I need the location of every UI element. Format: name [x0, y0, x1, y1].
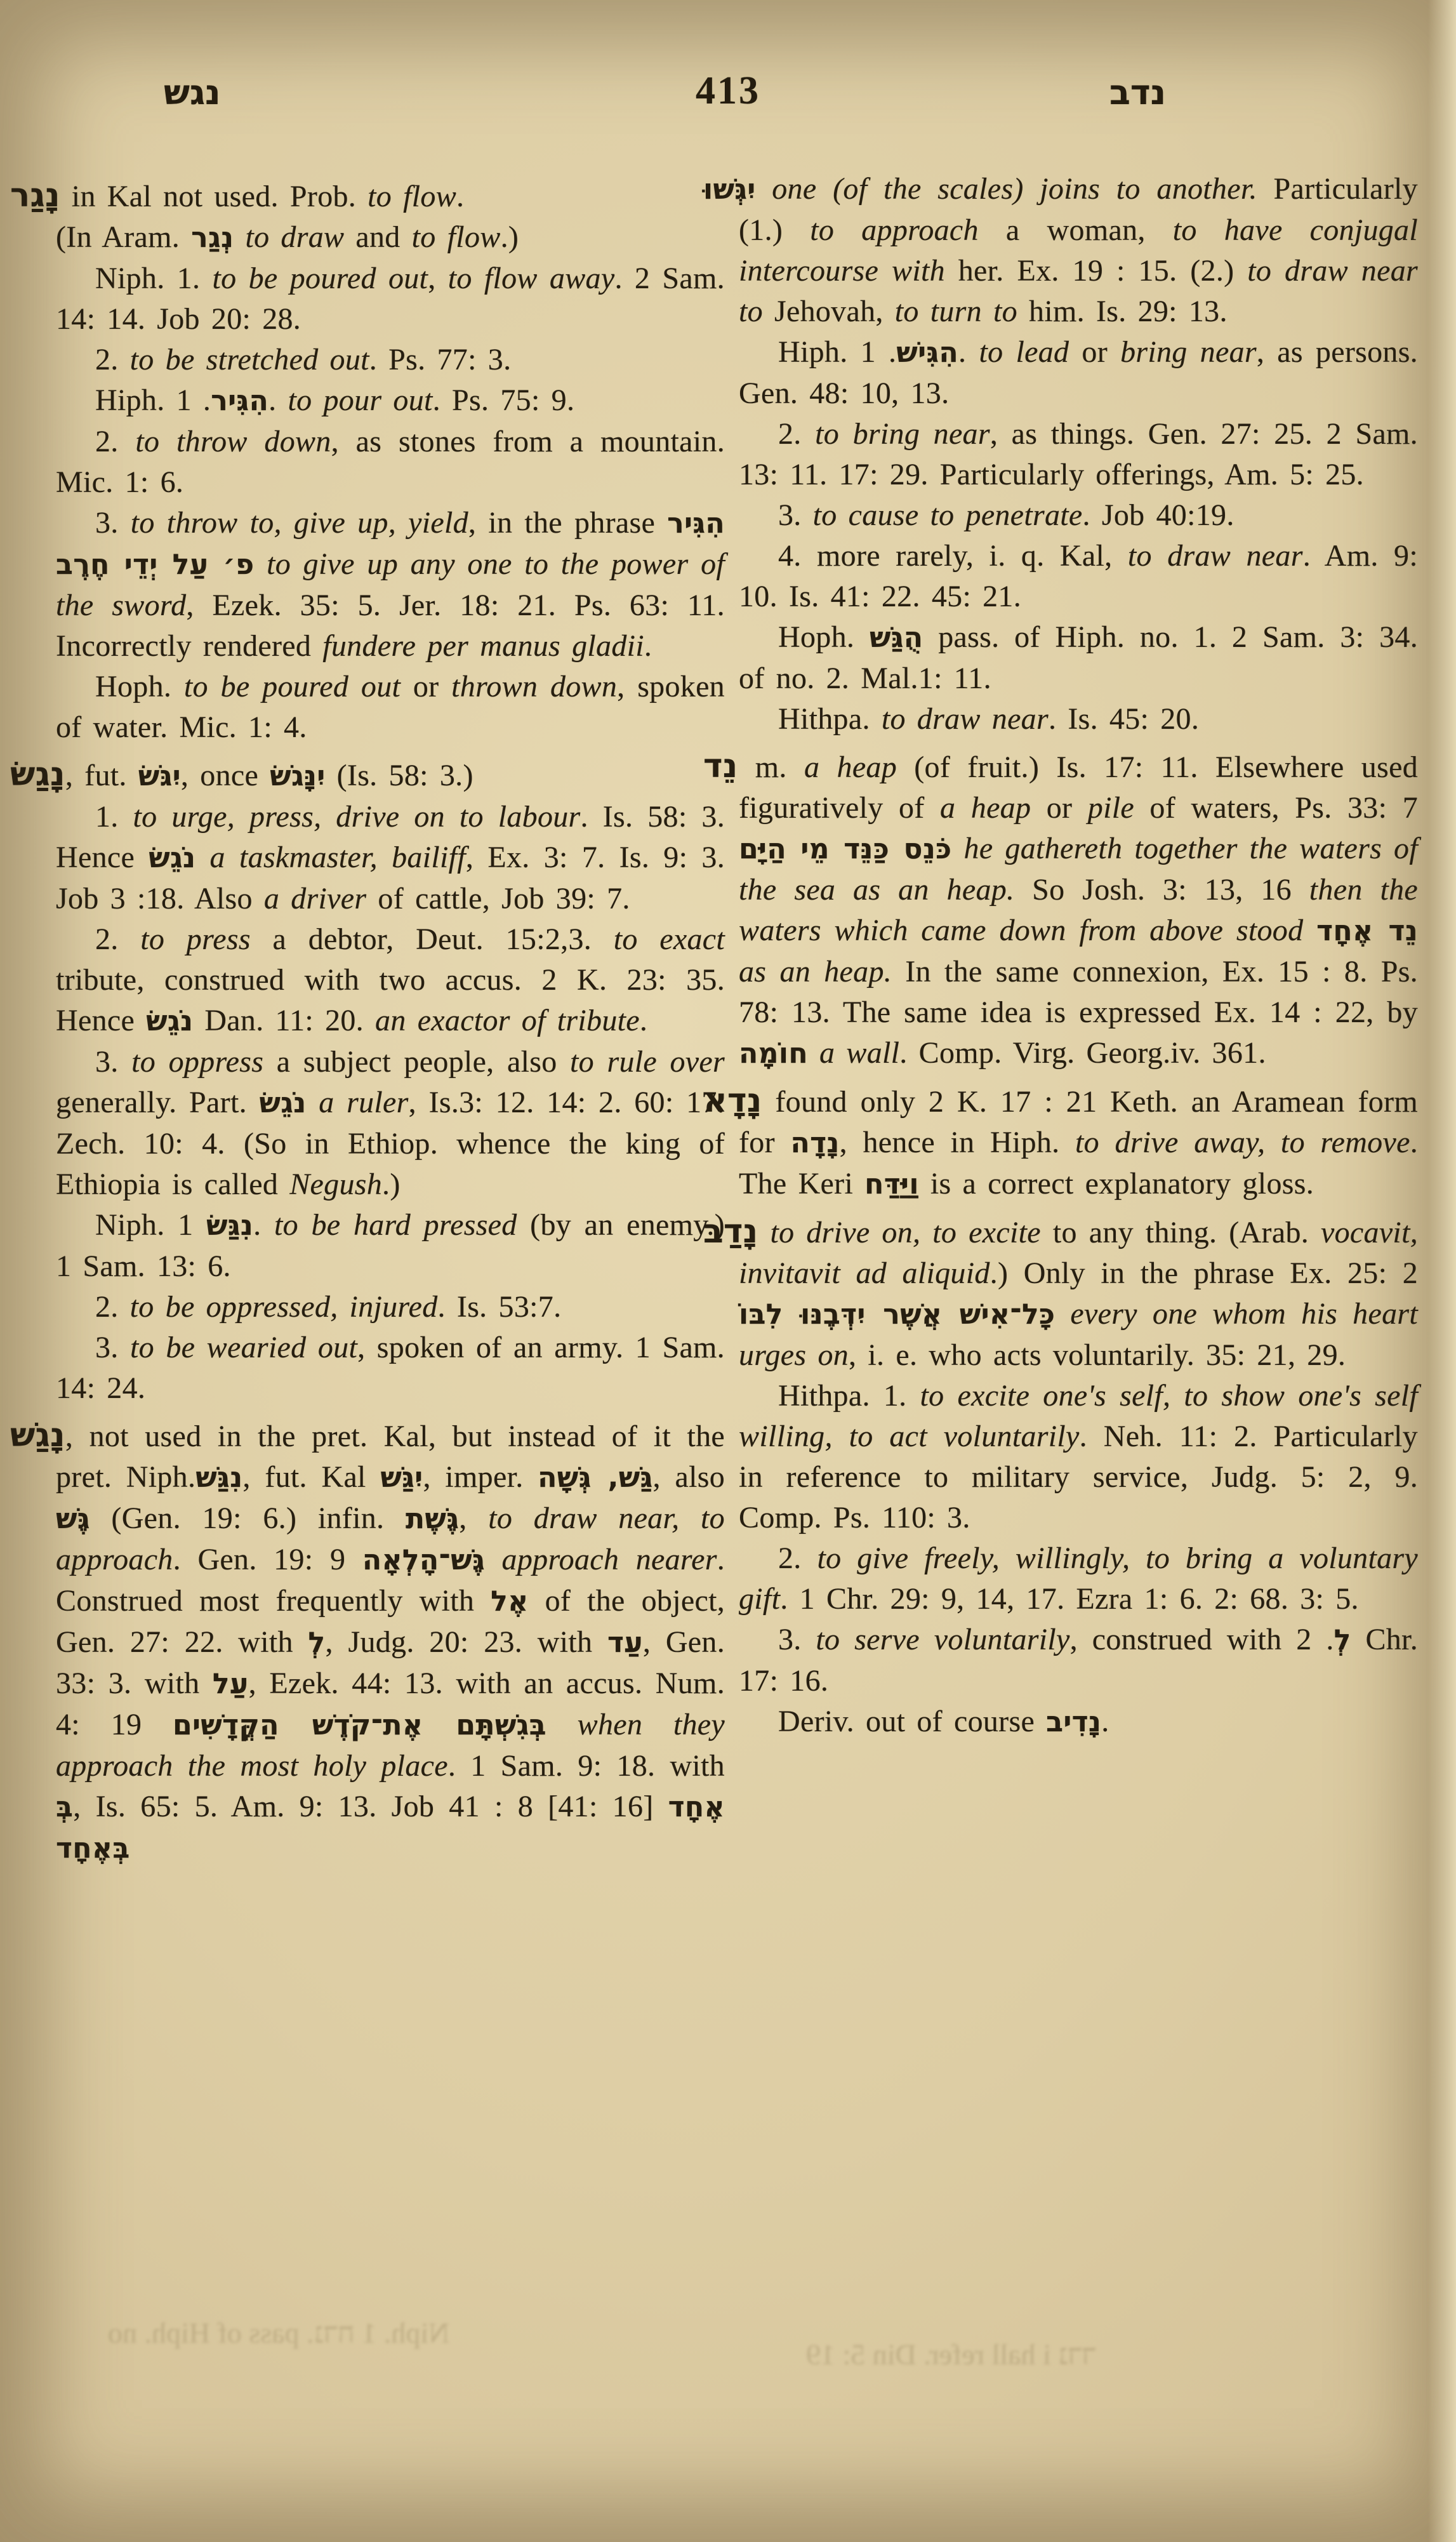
italic-gloss: to be poured out — [213, 262, 428, 295]
roman-text — [1055, 1297, 1070, 1331]
roman-text: So Josh. 3: 13, 16 — [1014, 873, 1309, 907]
italic-gloss: to pour out — [288, 383, 432, 417]
roman-text: . 1 Sam. 9: 18. with — [448, 1749, 725, 1783]
roman-text: . Comp. Virg. Georg.iv. 361. — [899, 1036, 1266, 1070]
hebrew-text: חוֹמָה — [739, 1037, 808, 1070]
roman-text: (Is. 58: 3.) — [326, 759, 473, 792]
roman-text: Niph. — [95, 1208, 178, 1242]
left-catchword: נגש — [164, 72, 221, 112]
roman-text: 1. — [95, 800, 133, 834]
roman-text: . Ps. 77: 3. — [369, 343, 512, 376]
italic-gloss: thrown down — [451, 670, 617, 703]
italic-gloss: to exact — [614, 922, 725, 956]
hebrew-headword: נָגַשׂ — [10, 755, 65, 794]
entry-paragraph: נָגַר in Kal not used. Prob. to flow. — [56, 175, 725, 217]
roman-text: .) Only in the phrase Ex. 25: 2 — [990, 1256, 1418, 1290]
roman-text: Hoph. — [778, 620, 870, 654]
italic-gloss: to be poured out — [184, 670, 400, 703]
roman-text: 3. — [95, 1045, 131, 1079]
italic-gloss: a driver — [264, 882, 366, 915]
entry-paragraph: נָגַשׂ, fut. יִגֹּשׂ, once יִנָּגֹשׂ (Is… — [56, 754, 725, 797]
roman-text: . — [456, 180, 464, 213]
roman-text: of waters, Ps. 33: 7 — [1134, 791, 1418, 825]
roman-text: 2. — [95, 1290, 130, 1324]
hebrew-text: אֶל — [491, 1585, 528, 1618]
roman-text: a woman, — [979, 213, 1173, 247]
roman-text: in Kal not used. Prob. — [60, 180, 367, 213]
roman-text: . Is. 53:7. — [438, 1290, 562, 1324]
sense-paragraph: 3. to be wearied out, spoken of an army.… — [56, 1328, 725, 1409]
roman-text — [485, 1543, 502, 1576]
hebrew-text: נְגַר — [191, 222, 234, 254]
hebrew-text: יִנָּגֹשׂ — [270, 760, 325, 792]
roman-text: , — [459, 1501, 488, 1535]
roman-text: , — [428, 262, 448, 295]
italic-gloss: a heap — [940, 791, 1031, 825]
roman-text: and — [344, 220, 411, 254]
roman-text: , also — [653, 1460, 725, 1494]
hebrew-text: הִגִּיר — [211, 385, 268, 417]
roman-text: or — [400, 670, 451, 703]
hebrew-text: גֶּשׁ — [56, 1503, 90, 1535]
roman-text: 2. — [778, 417, 815, 451]
roman-text: is a correct explanatory gloss. — [919, 1167, 1314, 1201]
roman-text: him. Is. 29: 13. — [1017, 295, 1228, 328]
italic-gloss: to lead — [979, 335, 1069, 369]
roman-text: or — [1069, 335, 1120, 369]
italic-gloss: to press — [140, 922, 251, 956]
hebrew-text: נָדִיב — [1046, 1706, 1101, 1738]
roman-text: 2. — [778, 1541, 817, 1575]
hebrew-text: נִגַּשׁ — [195, 1461, 242, 1494]
roman-text: Hithpa. — [778, 702, 882, 736]
roman-text: Dan. 11: 20. — [193, 1004, 375, 1037]
roman-text: , in the phrase — [468, 506, 667, 540]
roman-text: 2. — [95, 343, 130, 376]
sense-paragraph: 2. to throw down, as stones from a mount… — [56, 422, 725, 503]
roman-text — [756, 172, 772, 206]
hebrew-text: כָּל־אִישׁ אֲשֶׁר יִדְּבֶנּוּ לִבּוֹ — [739, 1298, 1055, 1331]
sense-paragraph: Hiph. הִגִּישׁ. 1. to lead or bring near… — [739, 332, 1418, 414]
italic-gloss: to rule over — [570, 1045, 725, 1079]
roman-text: Deriv. out of course — [778, 1705, 1046, 1738]
italic-gloss: a taskmaster, bailiff — [210, 841, 466, 874]
hebrew-text: נֹגֵשׂ — [149, 842, 195, 874]
hebrew-text: בְּ — [56, 1791, 73, 1823]
hebrew-text: לְ — [1334, 1624, 1351, 1656]
sense-paragraph: Hiph. הִגִּיר. 1. to pour out. Ps. 75: 9… — [56, 380, 725, 422]
hebrew-text: נִגַּשׂ — [206, 1209, 253, 1242]
sense-paragraph: 3. to cause to penetrate. Job 40:19. — [739, 495, 1418, 536]
italic-gloss: fundere per manus gladii — [322, 629, 644, 663]
hebrew-text: נָדָה — [790, 1127, 839, 1159]
sense-paragraph: 2. to be stretched out. Ps. 77: 3. — [56, 340, 725, 380]
italic-gloss: one (of the scales) joins to another. — [772, 172, 1257, 206]
sense-paragraph: Niph. נִגַּשׂ 1. to be hard pressed (by … — [56, 1205, 725, 1287]
hebrew-text: הֻגַּשׁ — [870, 622, 923, 654]
hebrew-text: גֶּשֶׁת — [406, 1503, 459, 1535]
roman-text: a debtor, Deut. 15:2,3. — [251, 922, 614, 956]
showthrough-text-left: Niph. נדח 1. pass of Hiph. no — [108, 2316, 449, 2350]
page-edge-highlight — [1428, 0, 1456, 2542]
hebrew-text: נֵד אֶחָד — [1316, 915, 1418, 947]
hebrew-text: יִגְּשׁוּ — [703, 173, 756, 206]
roman-text: 2. — [95, 922, 140, 956]
roman-text: Jehovah, — [763, 295, 895, 328]
italic-gloss: to draw — [245, 220, 344, 254]
hebrew-text: גֶּשׁ־הָלְאָה — [362, 1544, 485, 1576]
italic-gloss: to be hard pressed — [274, 1208, 517, 1242]
roman-text: , construed with — [1070, 1623, 1297, 1656]
hebrew-headword: נָגַשׁ — [10, 1416, 65, 1454]
hebrew-text: עַל — [213, 1668, 249, 1700]
italic-gloss: as an heap. — [739, 955, 892, 988]
roman-text: . Is. 45: 20. — [1049, 702, 1199, 736]
hebrew-text: עַד — [607, 1627, 643, 1659]
roman-text: 3. — [778, 1623, 816, 1656]
italic-gloss: to throw down — [135, 425, 331, 458]
italic-gloss: to be wearied out — [130, 1331, 357, 1364]
italic-gloss: to oppress — [131, 1045, 263, 1079]
roman-text: or — [1031, 791, 1088, 825]
italic-gloss: a wall — [819, 1036, 899, 1070]
hebrew-headword: נָדַב — [703, 1213, 758, 1251]
entry-paragraph: נָדָא found only 2 K. 17 : 21 Keth. an A… — [739, 1081, 1418, 1205]
italic-gloss: to flow — [412, 220, 501, 254]
italic-gloss: to flow away — [448, 262, 615, 295]
hebrew-headword: נָדָא — [703, 1082, 762, 1120]
roman-text — [808, 1036, 819, 1070]
italic-gloss: to throw to, give up, yield — [131, 506, 468, 540]
scanned-lexicon-page: נגש 413 נדב נָגַר in Kal not used. Prob.… — [0, 0, 1456, 2542]
sense-paragraph: Niph. 1. to be poured out, to flow away.… — [56, 258, 725, 340]
roman-text — [195, 841, 209, 874]
hebrew-text: כֹּנֵס כַּנֵּד מֵי הַיָּם — [739, 833, 952, 865]
hebrew-text: בְּגִשְׁתָּם אֶת־קֹדֶשׁ הַקֳּדָשִׁים — [173, 1709, 546, 1741]
roman-text: m. — [738, 750, 804, 784]
hebrew-text: נֹגֵשׂ — [146, 1005, 193, 1037]
roman-text: (In Aram. — [56, 220, 191, 254]
italic-gloss: to urge, press, drive on to labour — [133, 800, 581, 834]
column-right: יִגְּשׁוּ one (of the scales) joins to a… — [739, 169, 1418, 1743]
italic-gloss: to bring near — [815, 417, 990, 451]
italic-gloss: to drive on, to excite — [770, 1216, 1040, 1249]
hebrew-text: לְ — [308, 1627, 325, 1659]
roman-text — [254, 547, 267, 581]
sense-paragraph: 2. to be oppressed, injured. Is. 53:7. — [56, 1287, 725, 1328]
roman-text: Hiph. — [95, 383, 176, 417]
roman-text: , hence in Hiph. — [840, 1126, 1075, 1159]
entry-paragraph: נָגַשׁ, not used in the pret. Kal, but i… — [56, 1415, 725, 1869]
roman-text — [952, 832, 964, 865]
roman-text — [234, 220, 245, 254]
roman-text: Niph. 1. — [95, 262, 213, 295]
roman-text — [1303, 914, 1316, 947]
roman-text: . Gen. 19: 9 — [173, 1543, 362, 1576]
roman-text: 4. more rarely, i. q. Kal, — [778, 539, 1128, 573]
sense-paragraph: 2. to bring near, as things. Gen. 27: 25… — [739, 414, 1418, 495]
italic-gloss: Negush — [289, 1168, 382, 1201]
italic-gloss: to approach — [810, 213, 979, 247]
running-header: נגש 413 נדב — [0, 69, 1456, 126]
hebrew-headword: נָגַר — [10, 176, 60, 215]
roman-text: , fut. Kal — [242, 1460, 380, 1494]
roman-text: . Ps. 75: 9. — [433, 383, 575, 417]
right-catchword: נדב — [1109, 72, 1166, 112]
italic-gloss: to cause to penetrate — [813, 498, 1083, 532]
page-number: 413 — [696, 69, 760, 114]
roman-text: a subject people, also — [263, 1045, 570, 1079]
roman-text: 3. — [95, 506, 131, 540]
hebrew-text: גַּשׁ, גְּשָׁה — [538, 1461, 652, 1494]
roman-text: . Job 40:19. — [1082, 498, 1234, 532]
italic-gloss: to serve voluntarily — [816, 1623, 1069, 1656]
roman-text: , once — [181, 759, 270, 792]
roman-text — [307, 1086, 319, 1119]
roman-text: to any thing. (Arab. — [1041, 1216, 1321, 1249]
italic-gloss: a heap — [804, 750, 897, 784]
hebrew-text: יִגַּשׁ — [380, 1461, 423, 1494]
sense-paragraph: Hoph. הֻגַּשׁ pass. of Hiph. no. 1. 2 Sa… — [739, 617, 1418, 699]
roman-text: , i. e. who acts voluntarily. 35: 21, 29… — [849, 1338, 1346, 1372]
roman-text: Hiph. — [778, 335, 861, 369]
sense-paragraph: Hithpa. 1. to excite one's self, to show… — [739, 1376, 1418, 1538]
showthrough-text-right: נדד i hall refer. Din 5: 19 — [806, 2338, 1096, 2371]
roman-text: her. Ex. 19 : 15. (2.) — [945, 254, 1247, 288]
sense-paragraph: Hithpa. to draw near. Is. 45: 20. — [739, 699, 1418, 740]
roman-text: , Judg. 20: 23. with — [326, 1625, 607, 1659]
roman-text: 2. — [95, 425, 135, 458]
sense-paragraph: 3. to throw to, give up, yield, in the p… — [56, 503, 725, 667]
sense-paragraph: Deriv. out of course נָדִיב. — [739, 1701, 1418, 1743]
hebrew-headword: נֵד — [703, 747, 738, 785]
hebrew-text: הִגִּישׁ — [896, 336, 958, 369]
italic-gloss: pile — [1088, 791, 1134, 825]
sense-paragraph: 2. to press a debtor, Deut. 15:2,3. to e… — [56, 919, 725, 1042]
sense-paragraph: 4. more rarely, i. q. Kal, to draw near.… — [739, 536, 1418, 617]
hebrew-text: נֹגֵשׂ — [260, 1087, 307, 1119]
roman-text: , fut. — [65, 759, 138, 792]
italic-gloss: bring near — [1120, 335, 1257, 369]
sense-paragraph: 1. to urge, press, drive on to labour. I… — [56, 797, 725, 919]
italic-gloss: to be oppressed, injured — [130, 1290, 438, 1324]
entry-paragraph: נָדַב to drive on, to excite to any thin… — [739, 1211, 1418, 1376]
italic-gloss: approach nearer — [502, 1543, 717, 1576]
roman-text: 3. — [778, 498, 813, 532]
italic-gloss: to turn to — [895, 295, 1017, 328]
sense-paragraph: 3. to serve voluntarily, construed with … — [739, 1620, 1418, 1701]
roman-text — [546, 1708, 578, 1741]
hebrew-text: יִגֹּשׂ — [138, 760, 181, 792]
roman-text: of cattle, Job 39: 7. — [366, 882, 630, 915]
roman-text: . — [644, 629, 652, 663]
sense-paragraph: Hoph. to be poured out or thrown down, s… — [56, 667, 725, 748]
roman-text: , Is. 65: 5. Am. 9: 13. Job 41 : 8 [41: … — [73, 1790, 668, 1823]
entry-paragraph: נֵד m. a heap (of fruit.) Is. 17: 11. El… — [739, 746, 1418, 1074]
roman-text: Hithpa. 1. — [778, 1379, 920, 1413]
sense-paragraph: 2. to give freely, willingly, to bring a… — [739, 1538, 1418, 1620]
italic-gloss: to drive away, to remove — [1075, 1126, 1410, 1159]
roman-text: .) — [501, 220, 519, 254]
paragraph: (In Aram. נְגַר to draw and to flow.) — [56, 217, 725, 258]
roman-text: .) — [382, 1168, 400, 1201]
roman-text: . 1 Chr. 29: 9, 14, 17. Ezra 1: 6. 2: 68… — [780, 1582, 1359, 1616]
italic-gloss: to flow — [367, 180, 456, 213]
roman-text: , imper. — [423, 1460, 538, 1494]
italic-gloss: to be stretched out — [130, 343, 369, 376]
roman-text: 3. — [95, 1331, 130, 1364]
italic-gloss: a ruler — [319, 1086, 408, 1119]
hebrew-text: וַיַּדַּח — [864, 1168, 919, 1201]
roman-text: . — [640, 1004, 647, 1037]
roman-text — [758, 1216, 770, 1249]
italic-gloss: to draw near — [1128, 539, 1303, 573]
roman-text: (Gen. 19: 6.) infin. — [90, 1501, 406, 1535]
sense-paragraph: 3. to oppress a subject people, also to … — [56, 1042, 725, 1205]
roman-text: Hoph. — [95, 670, 184, 703]
continuation-paragraph: יִגְּשׁוּ one (of the scales) joins to a… — [739, 169, 1418, 332]
roman-text: generally. Part. — [56, 1086, 260, 1119]
roman-text: . — [1101, 1705, 1109, 1738]
column-left: נָגַר in Kal not used. Prob. to flow.(In… — [56, 169, 725, 1869]
italic-gloss: an exactor of tribute — [375, 1004, 640, 1037]
italic-gloss: to draw near — [882, 702, 1049, 736]
